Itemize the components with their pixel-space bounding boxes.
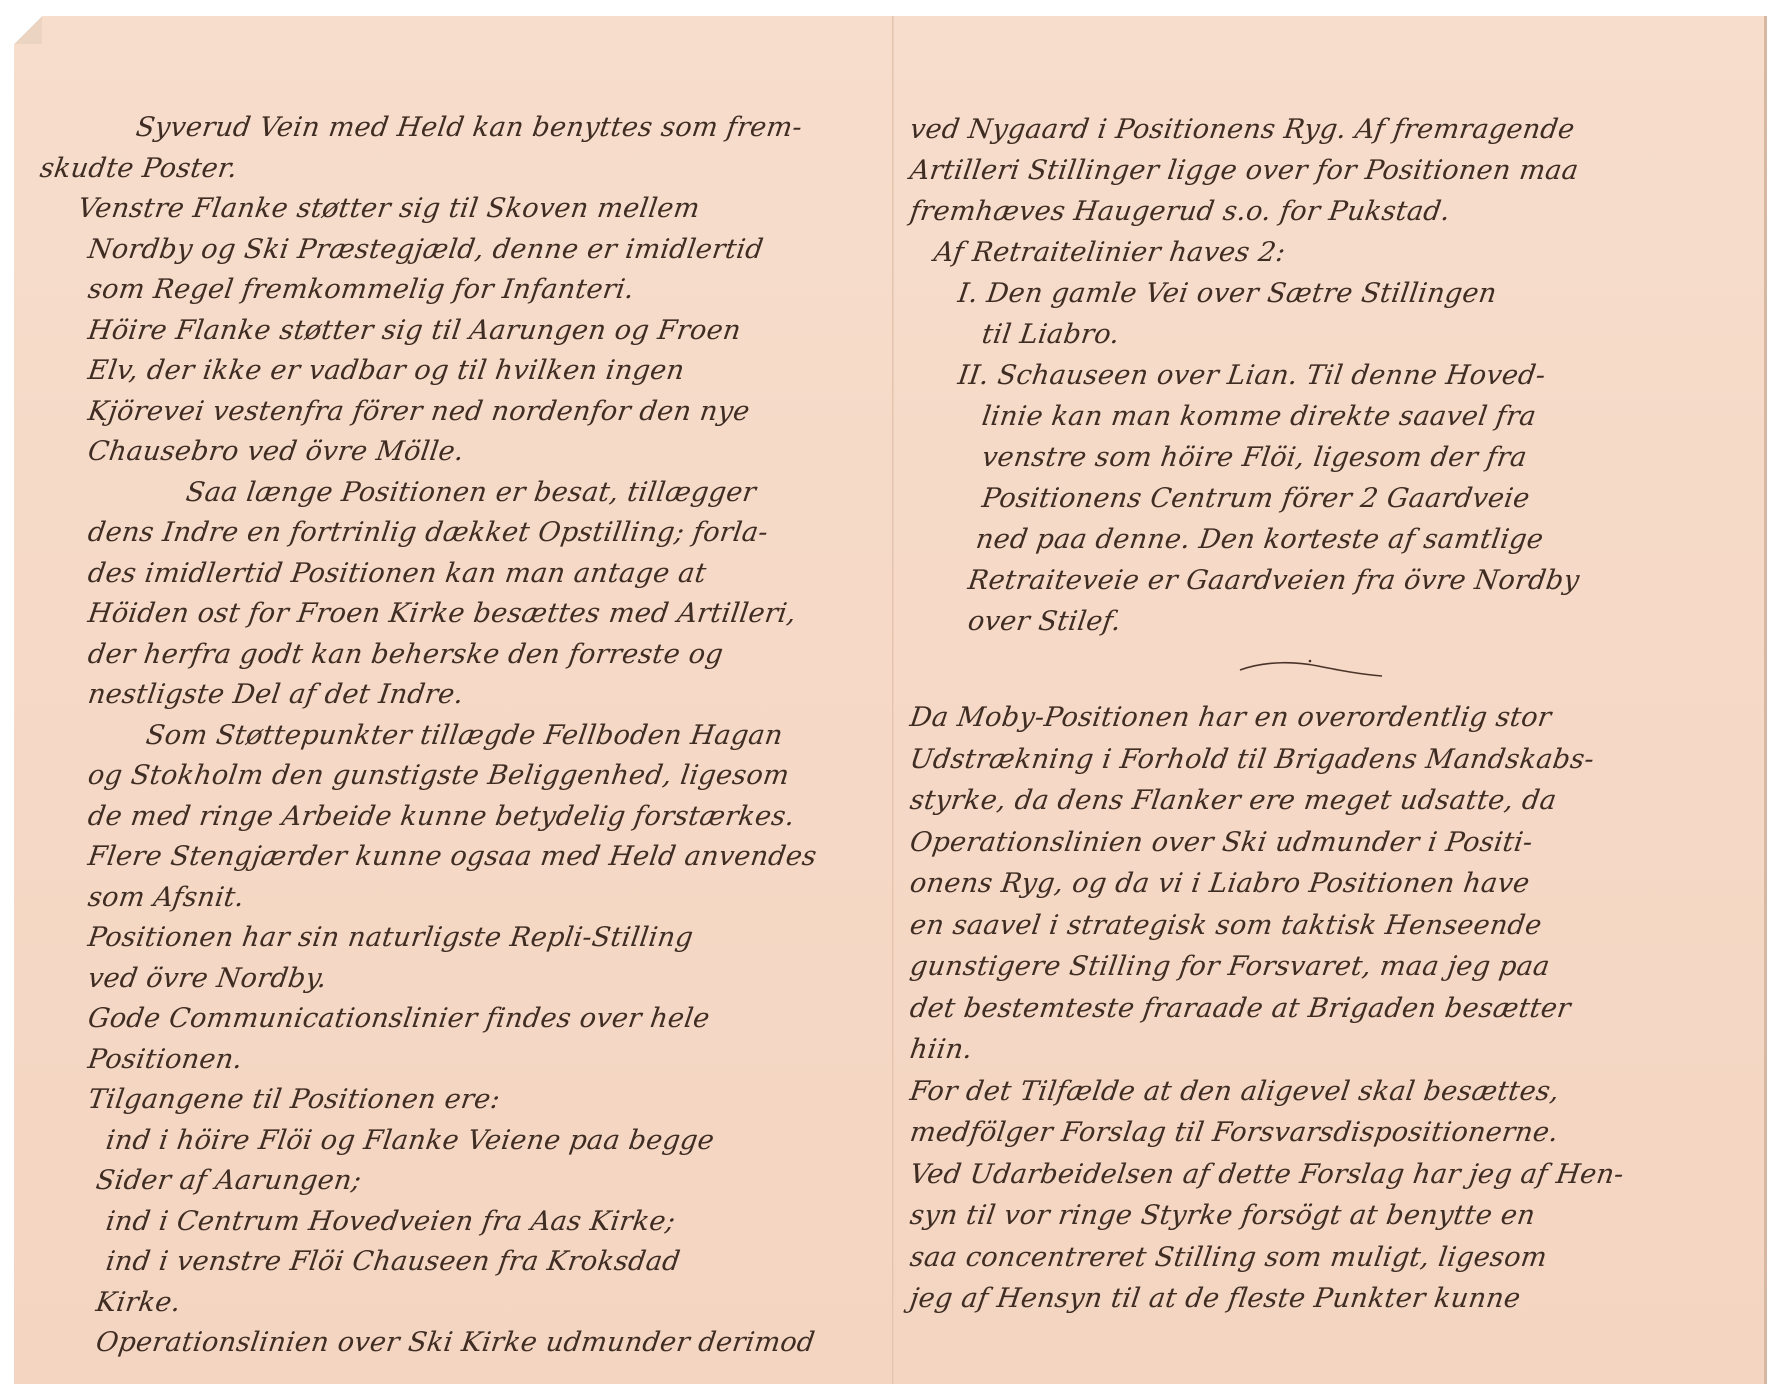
handwritten-line: som Afsnit.: [86, 882, 246, 913]
handwritten-line: de med ringe Arbeide kunne betydelig for…: [86, 801, 797, 832]
handwritten-line: Tilgangene til Positionen ere:: [86, 1084, 502, 1115]
handwritten-line: ved Nygaard i Positionens Ryg. Af fremra…: [908, 114, 1577, 145]
handwritten-line: Saa længe Positionen er besat, tillægger: [184, 477, 758, 508]
handwritten-line: Operationslinien over Ski udmunder i Pos…: [908, 827, 1535, 858]
handwritten-line: Kirke.: [94, 1287, 183, 1318]
handwritten-line: Positionen har sin naturligste Repli-Sti…: [86, 922, 695, 953]
handwritten-line: Syverud Vein med Held kan benyttes som f…: [134, 112, 804, 143]
handwritten-line: Gode Communicationslinier findes over he…: [86, 1003, 712, 1034]
handwritten-line: til Liabro.: [980, 319, 1122, 350]
handwritten-line: medfölger Forslag til Forsvarsdispositio…: [908, 1117, 1560, 1148]
handwritten-line: ved övre Nordby.: [86, 963, 329, 994]
handwritten-line: Ved Udarbeidelsen af dette Forslag har j…: [908, 1159, 1626, 1190]
handwritten-line: der herfra godt kan beherske den forrest…: [86, 639, 725, 670]
handwritten-line: Höire Flanke støtter sig til Aarungen og…: [86, 315, 743, 346]
handwritten-line: som Regel fremkommelig for Infanteri.: [86, 274, 636, 305]
handwritten-line: ind i höire Flöi og Flanke Veiene paa be…: [104, 1125, 716, 1156]
handwritten-line: Chausebro ved övre Mölle.: [86, 436, 466, 467]
handwritten-line: saa concentreret Stilling som muligt, li…: [908, 1242, 1549, 1273]
handwritten-line: Artilleri Stillinger ligge over for Posi…: [908, 155, 1580, 186]
left-page-text: Syverud Vein med Held kan benyttes som f…: [14, 16, 892, 1384]
handwritten-line: Positionen.: [86, 1044, 245, 1075]
handwritten-line: en saavel i strategisk som taktisk Hense…: [908, 910, 1544, 941]
handwritten-line: det bestemteste fraraade at Brigaden bes…: [908, 993, 1573, 1024]
handwritten-line: ned paa denne. Den korteste af samtlige: [974, 524, 1545, 555]
handwritten-line: Venstre Flanke støtter sig til Skoven me…: [76, 193, 702, 224]
handwritten-line: Af Retraitelinier haves 2:: [932, 237, 1288, 268]
handwritten-line: onens Ryg, og da vi i Liabro Positionen …: [908, 868, 1532, 899]
right-page: ved Nygaard i Positionens Ryg. Af fremra…: [893, 16, 1767, 1384]
handwritten-line: Höiden ost for Froen Kirke besættes med …: [86, 598, 798, 629]
handwritten-line: II. Schauseen over Lian. Til denne Hoved…: [956, 360, 1548, 391]
flourish-divider: [1238, 658, 1384, 678]
handwritten-line: Da Moby-Positionen har en overordentlig …: [908, 702, 1553, 733]
handwritten-line: skudte Poster.: [38, 153, 239, 184]
handwritten-line: Flere Stengjærder kunne ogsaa med Held a…: [86, 841, 819, 872]
manuscript-spread: Syverud Vein med Held kan benyttes som f…: [14, 16, 1766, 1384]
handwritten-line: Retraiteveie er Gaardveien fra övre Nord…: [966, 565, 1581, 596]
handwritten-line: gunstigere Stilling for Forsvaret, maa j…: [908, 951, 1552, 982]
handwritten-line: Udstrækning i Forhold til Brigadens Mand…: [908, 744, 1596, 775]
handwritten-line: For det Tilfælde at den aligevel skal be…: [908, 1076, 1561, 1107]
handwritten-line: styrke, da dens Flanker ere meget udsatt…: [908, 785, 1559, 816]
handwritten-line: ind i Centrum Hovedveien fra Aas Kirke;: [104, 1206, 677, 1237]
handwritten-line: og Stokholm den gunstigste Beliggenhed, …: [86, 760, 791, 791]
handwritten-line: Som Støttepunkter tillægde Fellboden Hag…: [144, 720, 785, 751]
handwritten-line: Positionens Centrum förer 2 Gaardveie: [980, 483, 1532, 514]
handwritten-line: fremhæves Haugerud s.o. for Pukstad.: [908, 196, 1452, 227]
handwritten-line: syn til vor ringe Styrke forsögt at beny…: [908, 1200, 1537, 1231]
handwritten-line: over Stilef.: [966, 606, 1123, 637]
handwritten-line: Elv, der ikke er vadbar og til hvilken i…: [86, 355, 686, 386]
handwritten-line: Operationslinien over Ski Kirke udmunder…: [94, 1327, 817, 1358]
page-edge: [1764, 16, 1767, 1384]
handwritten-line: Sider af Aarungen;: [94, 1165, 363, 1196]
handwritten-line: hiin.: [908, 1034, 974, 1065]
handwritten-line: jeg af Hensyn til at de fleste Punkter k…: [908, 1283, 1523, 1314]
handwritten-line: dens Indre en fortrinlig dækket Opstilli…: [86, 517, 770, 548]
handwritten-line: ind i venstre Flöi Chauseen fra Kroksdad: [104, 1246, 682, 1277]
handwritten-line: I. Den gamle Vei over Sætre Stillingen: [956, 278, 1499, 309]
handwritten-line: nestligste Del af det Indre.: [86, 679, 466, 710]
handwritten-line: Kjörevei vestenfra förer ned nordenfor d…: [86, 396, 752, 427]
left-page: Syverud Vein med Held kan benyttes som f…: [14, 16, 893, 1384]
right-page-text: ved Nygaard i Positionens Ryg. Af fremra…: [894, 16, 1767, 1384]
handwritten-line: des imidlertid Positionen kan man antage…: [86, 558, 708, 589]
handwritten-line: venstre som höire Flöi, ligesom der fra: [980, 442, 1529, 473]
handwritten-line: Nordby og Ski Præstegjæld, denne er imid…: [86, 234, 765, 265]
handwritten-line: linie kan man komme direkte saavel fra: [980, 401, 1538, 432]
